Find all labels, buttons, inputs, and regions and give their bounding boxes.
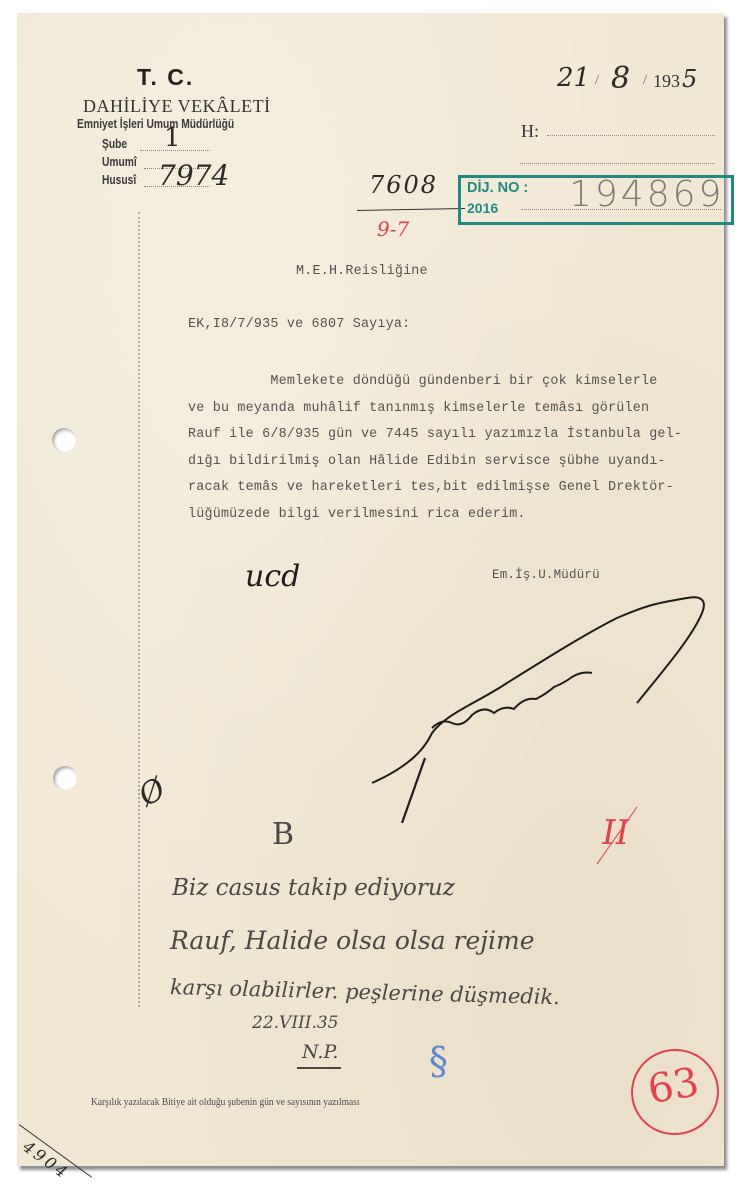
margin-letter-b: B xyxy=(272,817,294,852)
field-value: 7974 xyxy=(158,159,229,192)
handwritten-note-date: 22.VIII.35 xyxy=(252,1013,339,1033)
field-value: 1 xyxy=(164,123,181,153)
h-field-dots xyxy=(547,135,715,136)
date-month: 8 xyxy=(611,61,630,96)
footer-note: Karşılık yazılacak Bitiye ait olduğu şub… xyxy=(91,1097,359,1108)
body-line: dığı bildirilmiş olan Hâlide Edibin serv… xyxy=(188,454,728,481)
letter-body: Memlekete döndüğü gündenberi bir çok kim… xyxy=(188,374,728,533)
circled-page-number: 63 xyxy=(624,1042,726,1142)
field-hususi: Hususî 7974 xyxy=(102,173,212,189)
body-line: racak temâs ve hareketleri tes,bit edilm… xyxy=(188,480,728,507)
handwritten-note-initials: N.P. xyxy=(302,1041,338,1063)
addressee: M.E.H.Reisliğine xyxy=(296,264,428,279)
note-initials-underline xyxy=(297,1067,341,1069)
date: 21 / 8 / 193 5 xyxy=(557,63,737,99)
stamp-year: 2016 xyxy=(467,200,498,216)
field-sube: Şube 1 xyxy=(102,137,212,153)
subject-reference: EK,I8/7/935 ve 6807 Sayıya: xyxy=(188,317,410,332)
signatory-title: Em.İş.U.Müdürü xyxy=(492,568,600,582)
margin-line xyxy=(138,212,140,1007)
h-field-label: H: xyxy=(521,121,539,142)
body-line: Memlekete döndüğü gündenberi bir çok kim… xyxy=(188,374,728,401)
signature xyxy=(357,583,727,823)
body-line: Rauf ile 6/8/935 gün ve 7445 sayılı yazı… xyxy=(188,427,728,454)
h-field-dots-2 xyxy=(520,163,715,164)
handwritten-note-line: Rauf, Halide olsa olsa rejime xyxy=(170,926,535,955)
document-page: T. C. DAHİLİYE VEKÂLETİ Emniyet İşleri U… xyxy=(17,13,724,1166)
handwritten-note-line: Biz casus takip ediyoruz xyxy=(172,875,455,901)
date-year-printed: 193 xyxy=(653,71,680,92)
handwritten-note-line: karşı olabilirler. peşlerine düşmedik. xyxy=(170,975,561,1009)
reference-underline xyxy=(357,208,465,211)
stamp-number: 194869 xyxy=(569,174,724,215)
reference-red-note: 9-7 xyxy=(377,217,409,241)
field-label: Umumî xyxy=(102,155,137,169)
date-day: 21 xyxy=(557,63,590,93)
field-label: Şube xyxy=(102,137,127,151)
letterhead-ministry: DAHİLİYE VEKÂLETİ xyxy=(83,96,271,117)
body-line: ve bu meyanda muhâlif tanınmış kimselerl… xyxy=(188,401,728,428)
date-sep-1: / xyxy=(595,73,599,89)
body-line: lüğümüzede bilgi verilmesini rica ederim… xyxy=(188,507,728,534)
date-year-hand: 5 xyxy=(682,65,697,93)
left-initials: ucd xyxy=(245,559,300,594)
field-label: Hususî xyxy=(102,173,136,187)
reference-number: 7608 xyxy=(369,171,438,199)
letterhead-department: Emniyet İşleri Umum Müdürlüğü xyxy=(77,117,234,131)
letterhead-state: T. C. xyxy=(137,64,194,91)
date-sep-2: / xyxy=(643,73,647,89)
blue-mark: § xyxy=(429,1039,448,1083)
stamp-label: DİJ. NO : xyxy=(467,180,528,196)
digital-number-stamp: DİJ. NO : 2016 194869 xyxy=(458,175,734,225)
page-number: 63 xyxy=(644,1059,702,1113)
punch-hole-bottom xyxy=(53,766,77,790)
punch-hole-top xyxy=(52,428,76,452)
